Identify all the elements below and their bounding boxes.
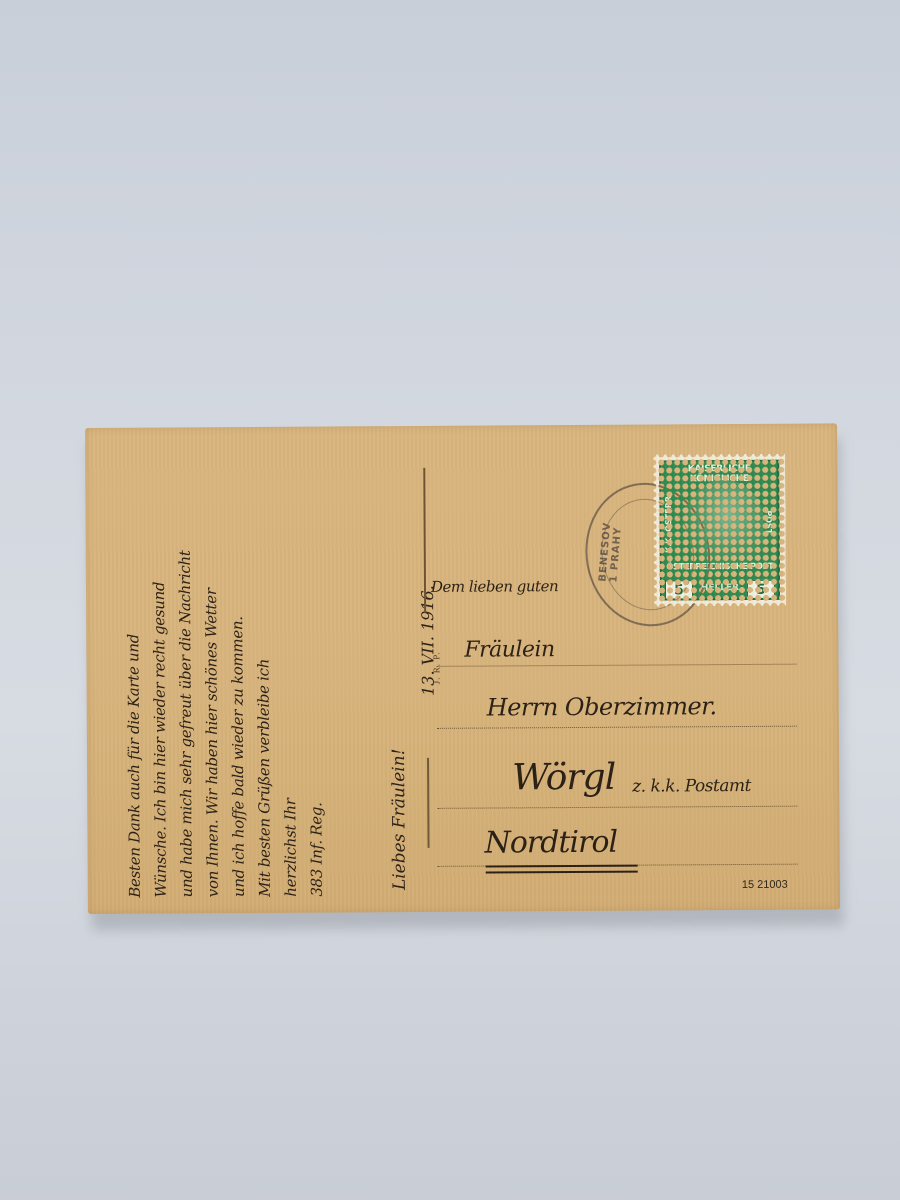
message-greeting: Liebes Fräulein! <box>389 748 410 890</box>
address-city-note: z. k.k. Postamt <box>632 776 751 797</box>
message-line: und ich hoffe bald wieder zu kommen. <box>224 550 252 897</box>
stamp-face: KAISERLICHE KÖNIGLICHE K.K. ÖSTERR. POST… <box>659 460 780 601</box>
stamp-bottom-inscription: ÖSTERREICHISCHE POST <box>662 562 778 573</box>
message-line: herzlichst Ihr <box>276 550 304 897</box>
address-dotted-line <box>436 664 796 667</box>
address-region: Nordtirol <box>484 825 617 861</box>
address-line-1: Dem lieben guten <box>431 577 558 596</box>
message-line: von Ihnen. Wir haben hier schönes Wetter <box>198 550 226 897</box>
emperor-portrait-icon <box>683 480 764 566</box>
address-line-3: Herrn Oberzimmer. <box>487 692 717 721</box>
stamp-right-inscription: POST <box>764 477 774 567</box>
message-line: Besten Dank auch für die Karte und <box>120 551 148 898</box>
address-dotted-line <box>437 726 797 729</box>
message-line: und habe mich sehr gefreut über die Nach… <box>172 550 200 897</box>
stamp-value-left: 5 <box>665 580 693 600</box>
message-line: Wünsche. Ich bin hier wieder recht gesun… <box>146 551 174 898</box>
postage-stamp: KAISERLICHE KÖNIGLICHE K.K. ÖSTERR. POST… <box>653 454 786 607</box>
message-line: 383 Inf. Reg. <box>302 550 330 897</box>
stamp-value-right: 5 <box>747 580 775 600</box>
postmark-text: BENESOV 1 PRAHY <box>597 521 624 583</box>
address-region-underline <box>486 865 638 874</box>
address-dotted-line <box>437 806 797 809</box>
message-body: Besten Dank auch für die Karte und Wünsc… <box>120 550 330 898</box>
address-line-2: Fräulein <box>464 637 554 663</box>
address-city: Wörgl <box>512 757 615 799</box>
printer-mark: J. R. P. <box>431 628 445 708</box>
postcard: Besten Dank auch für die Karte und Wünsc… <box>85 423 840 914</box>
stamp-left-inscription: K.K. ÖSTERR. <box>664 478 674 568</box>
stamp-currency: HELLER <box>696 583 744 593</box>
message-line: Mit besten Grüßen verbleibe ich <box>250 550 278 897</box>
serial-number: 15 21003 <box>742 879 788 891</box>
message-block: Besten Dank auch für die Karte und Wünsc… <box>99 436 442 898</box>
